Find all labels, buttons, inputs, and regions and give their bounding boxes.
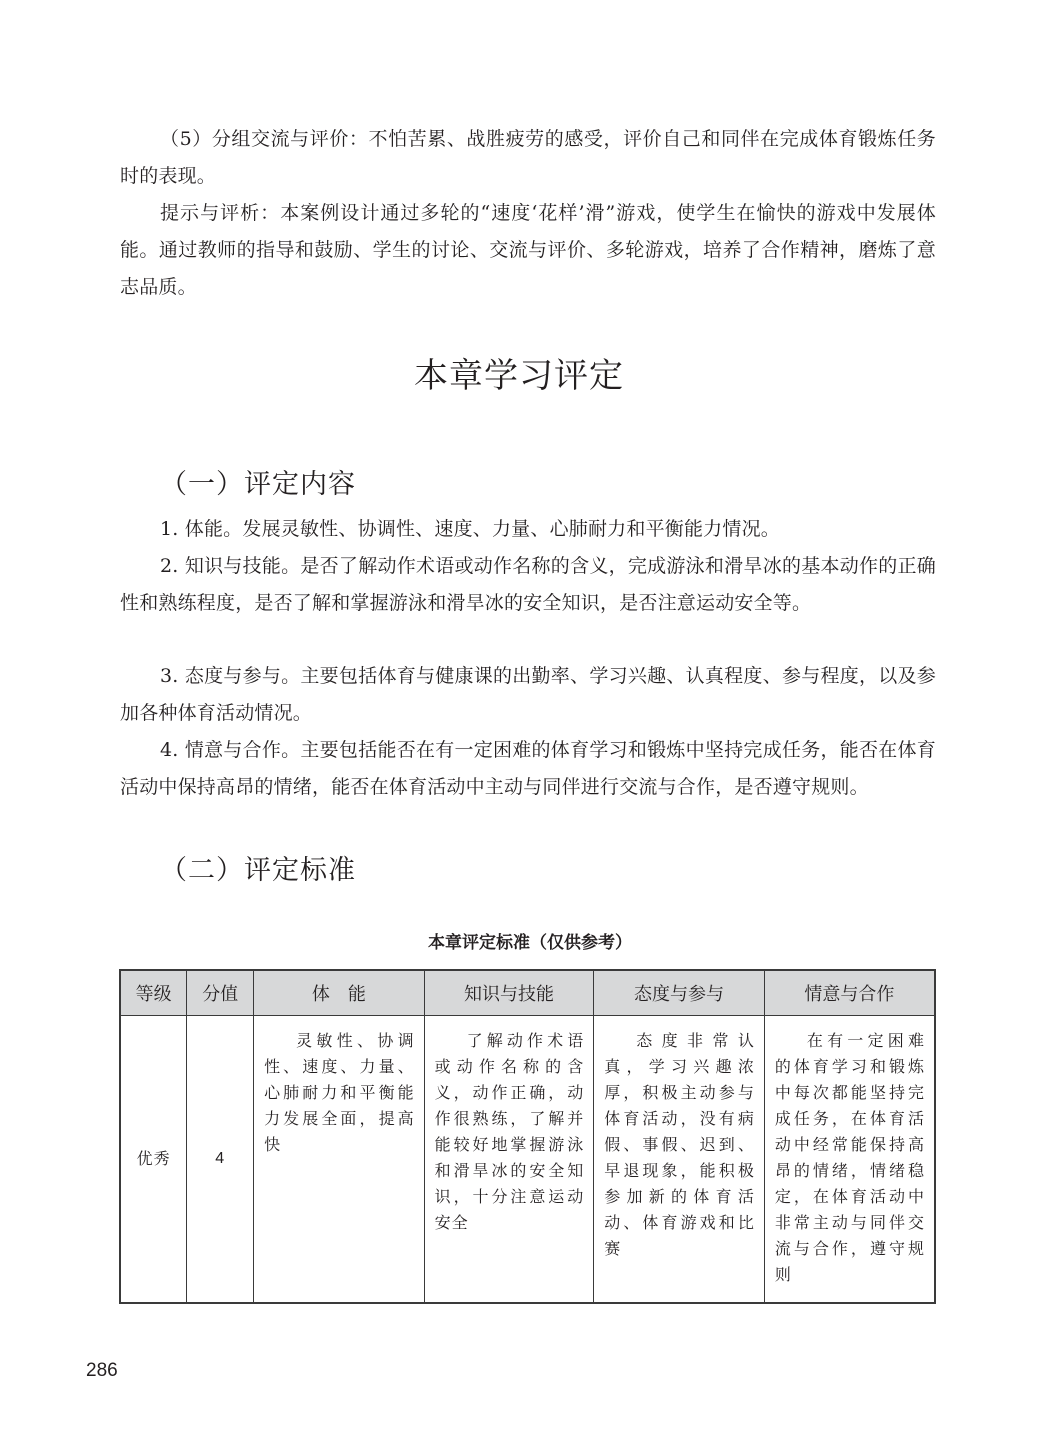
cell-level: 优秀 [120,1016,187,1304]
content-item-attitude: 3. 态度与参与。主要包括体育与健康课的出勤率、学习兴趣、认真程度、参与程度，以… [120,658,936,732]
header-level: 等级 [120,970,187,1016]
page-number: 286 [86,1360,118,1382]
section-heading-standards: （二）评定标准 [160,848,356,887]
header-knowledge-skills: 知识与技能 [424,970,594,1016]
table-header-row: 等级 分值 体 能 知识与技能 态度与参与 情意与合作 [120,970,935,1016]
cell-attitude-participation: 态度非常认真，学习兴趣浓厚，积极主动参与体育活动，没有病假、事假、迟到、早退现象… [594,1016,765,1304]
cell-score: 4 [187,1016,254,1304]
chapter-title: 本章学习评定 [0,348,1038,397]
section-heading-content: （一）评定内容 [160,462,356,501]
content-item-knowledge: 2. 知识与技能。是否了解动作术语或动作名称的含义，完成游泳和滑旱冰的基本动作的… [120,548,936,622]
paragraph-group-evaluation: （5）分组交流与评价：不怕苦累、战胜疲劳的感受，评价自己和同伴在完成体育锻炼任务… [120,121,936,195]
evaluation-standards-table: 等级 分值 体 能 知识与技能 态度与参与 情意与合作 优秀 4 灵敏性、协调性… [119,969,936,1304]
table-caption: 本章评定标准（仅供参考） [0,928,1038,953]
header-score: 分值 [187,970,254,1016]
cell-fitness: 灵敏性、协调性、速度、力量、心肺耐力和平衡能力发展全面，提高快 [254,1016,425,1304]
paragraph-tips-analysis: 提示与评析：本案例设计通过多轮的“速度‘花样’滑”游戏，使学生在愉快的游戏中发展… [120,195,936,306]
content-item-fitness: 1. 体能。发展灵敏性、协调性、速度、力量、心肺耐力和平衡能力情况。 [120,511,936,548]
header-attitude-participation: 态度与参与 [594,970,765,1016]
cell-knowledge-skills: 了解动作术语或动作名称的含义，动作正确，动作很熟练，了解并能较好地掌握游泳和滑旱… [424,1016,594,1304]
header-emotion-cooperation: 情意与合作 [764,970,935,1016]
cell-emotion-cooperation: 在有一定困难的体育学习和锻炼中每次都能坚持完成任务，在体育活动中经常能保持高昂的… [764,1016,935,1304]
table-row: 优秀 4 灵敏性、协调性、速度、力量、心肺耐力和平衡能力发展全面，提高快 了解动… [120,1016,935,1304]
content-item-emotion: 4. 情意与合作。主要包括能否在有一定困难的体育学习和锻炼中坚持完成任务，能否在… [120,732,936,806]
header-fitness: 体 能 [254,970,425,1016]
